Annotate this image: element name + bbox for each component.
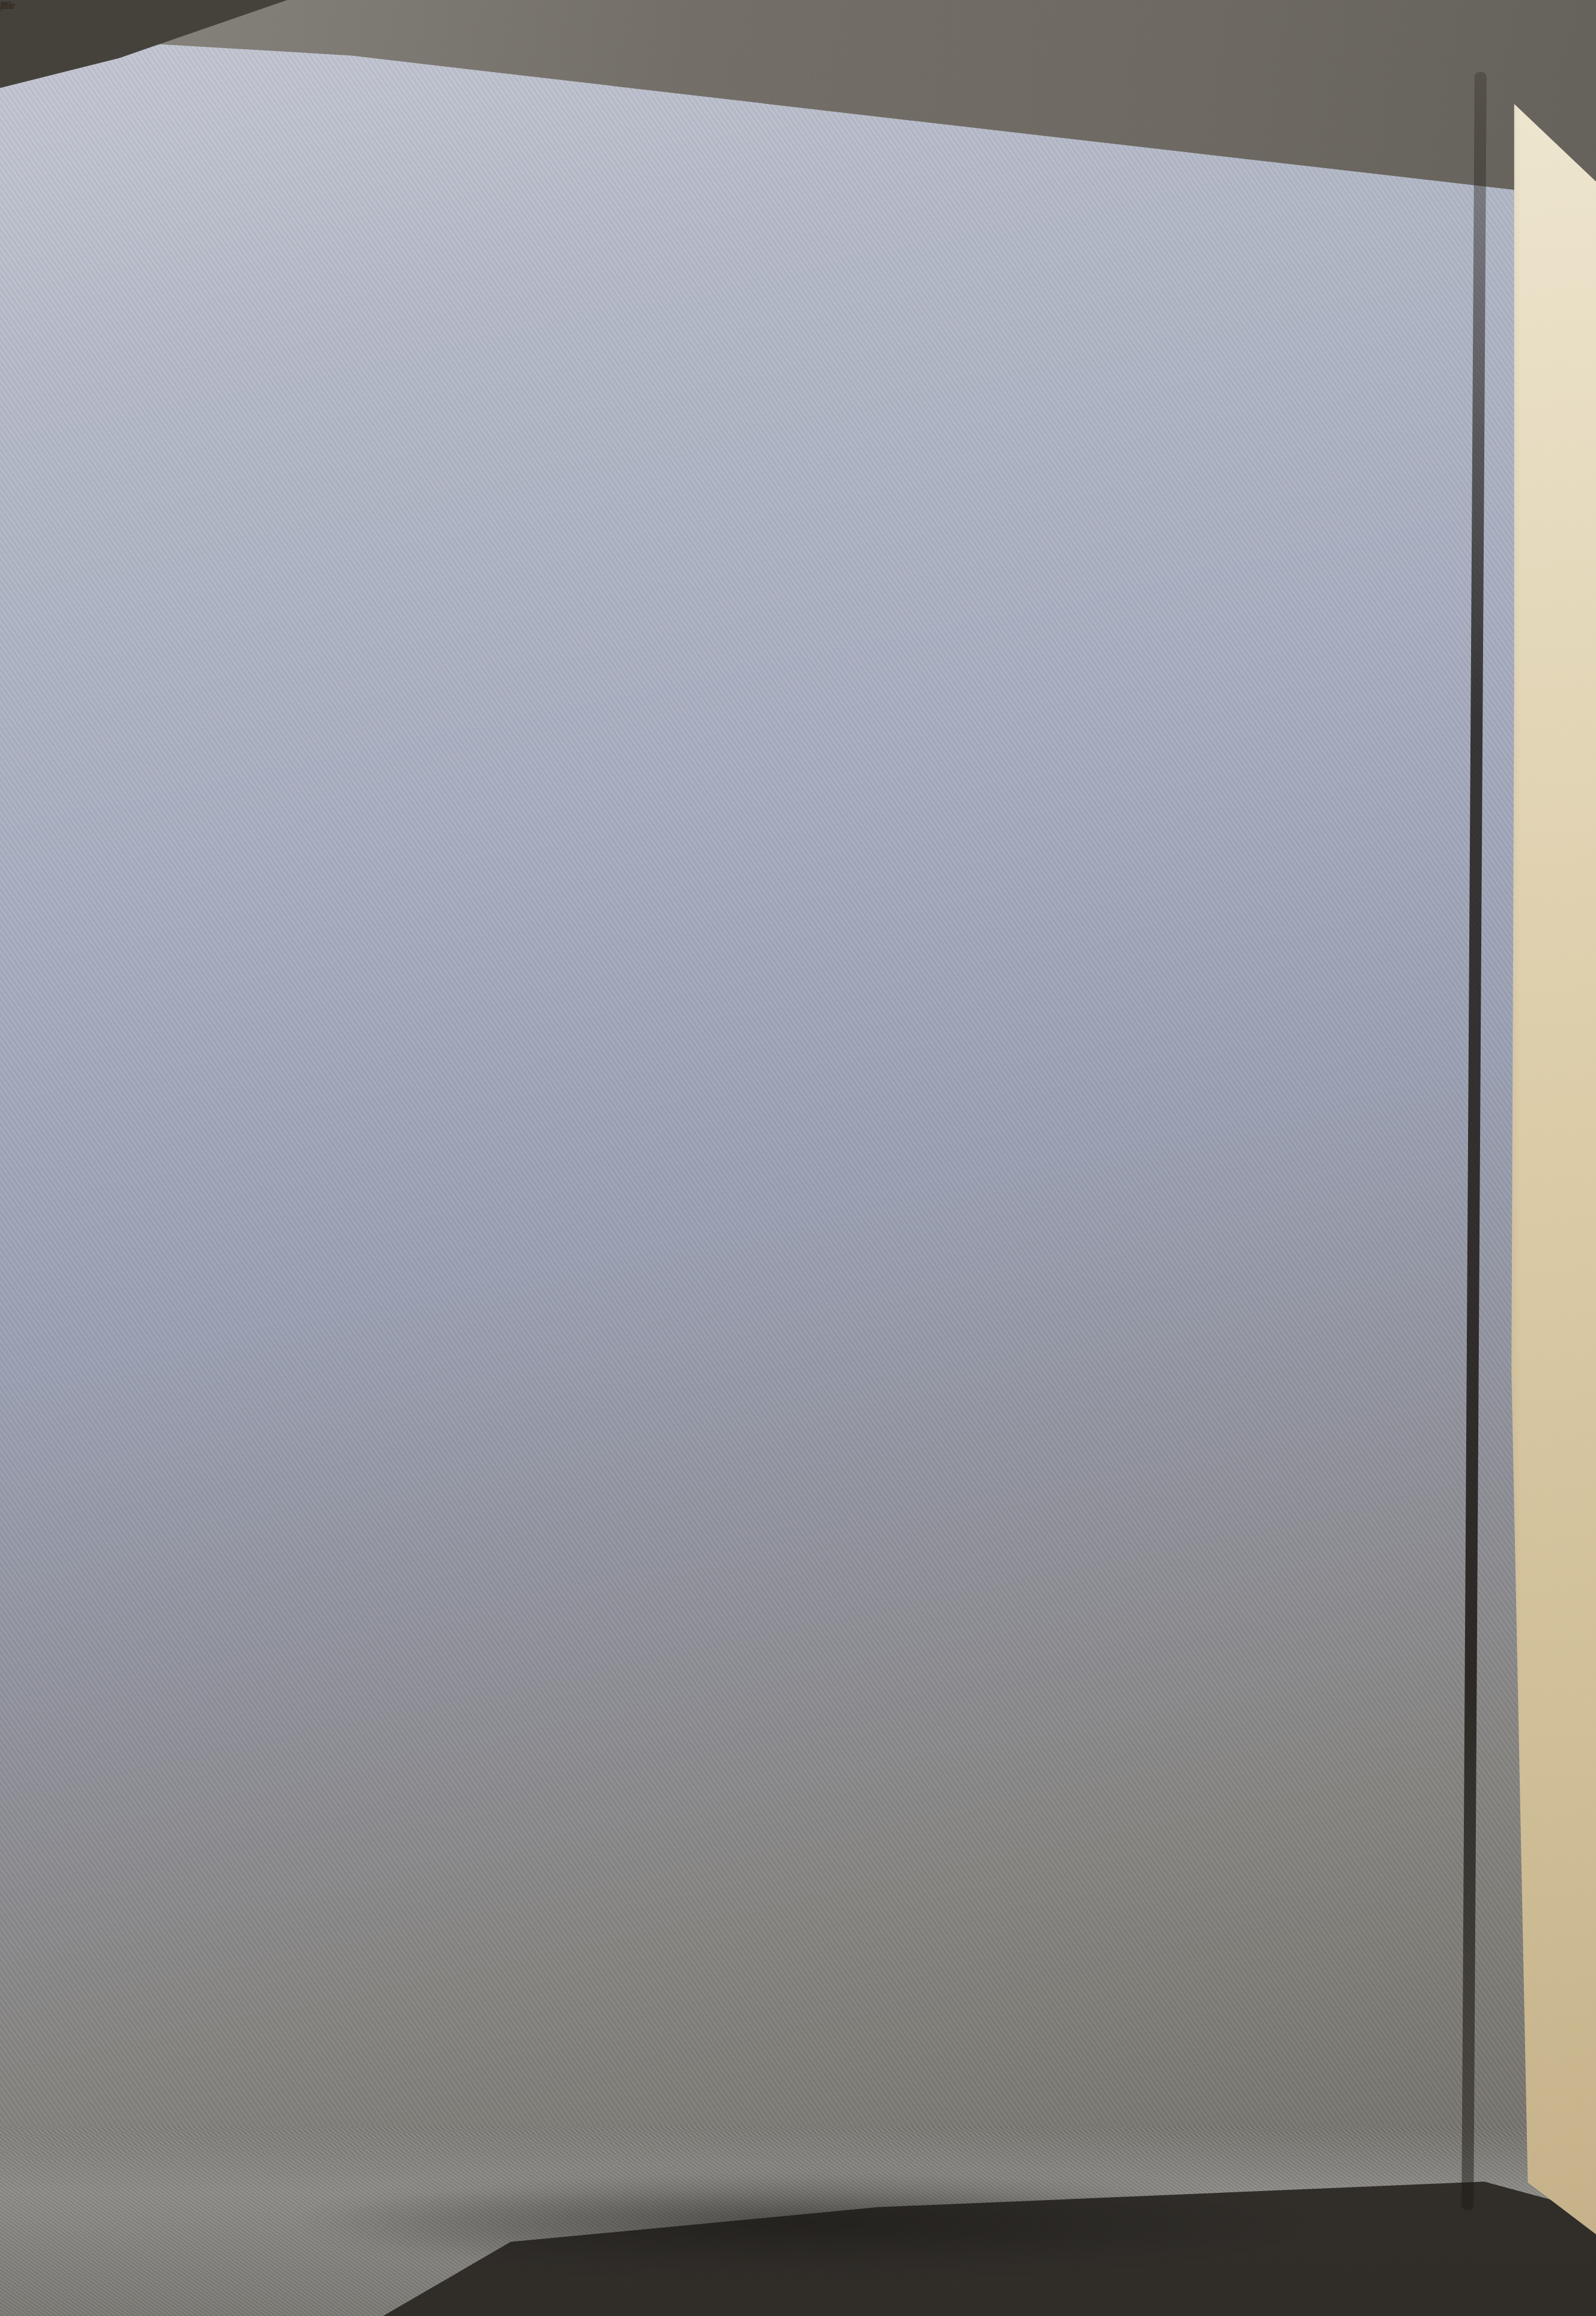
background-fabric: [0, 0, 1596, 2316]
next-page-text-fragment: K: [0, 0, 8, 11]
manuscript-photo: C a t He Zu W P Th Je K Vryheyd in de Ge…: [0, 0, 1596, 2316]
page-stack-edge: [69, 77, 205, 2300]
book-shadow: [84, 2150, 1514, 2294]
